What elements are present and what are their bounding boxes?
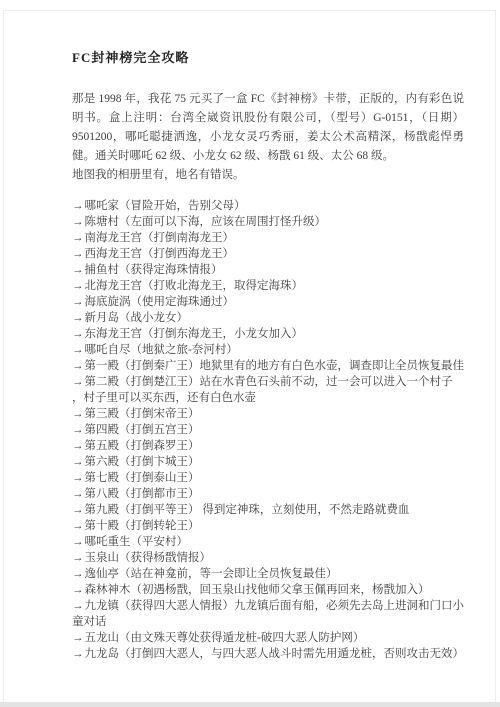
arrow-right-icon: → [72, 264, 85, 276]
walkthrough-step: →五龙山（由文殊天尊处获得遁龙桩-破四大恶人防护网） [72, 630, 464, 646]
note-paragraph: 地图我的相册里有，地名有错误。 [72, 166, 464, 185]
step-text: 第四殿（打倒五宫王） [85, 424, 200, 436]
step-text: 陈塘村（左面可以下海，应该在周围打怪升级） [85, 216, 327, 228]
bottom-edge-strip [0, 702, 500, 707]
arrow-right-icon: → [72, 584, 85, 596]
step-text: 第五殿（打倒森罗王） [85, 440, 200, 452]
step-text: 第十殿（打倒转轮王） [85, 520, 200, 532]
walkthrough-step: →哪吒家（冒险开始，告别父母） [72, 198, 464, 214]
arrow-right-icon: → [72, 376, 85, 388]
walkthrough-step: →逸仙亭（站在神龛前，等一会即让全员恢复最佳） [72, 566, 464, 582]
document-page: FC封神榜完全攻略 那是 1998 年，我花 75 元买了一盒 FC《封神榜》卡… [3, 10, 496, 707]
walkthrough-step: →西海龙王宫（打倒西海龙王） [72, 246, 464, 262]
walkthrough-step: →北海龙王宫（打败北海龙王，取得定海珠） [72, 278, 464, 294]
walkthrough-step: →哪吒重生（平安村） [72, 534, 464, 550]
arrow-right-icon: → [72, 344, 85, 356]
arrow-right-icon: → [72, 456, 85, 468]
step-text: 海底旋涡（使用定海珠通过） [85, 296, 235, 308]
walkthrough-step: →海底旋涡（使用定海珠通过） [72, 294, 464, 310]
arrow-right-icon: → [72, 408, 85, 420]
walkthrough-step: →第五殿（打倒森罗王） [72, 438, 464, 454]
walkthrough-step: →第七殿（打倒泰山王） [72, 470, 464, 486]
arrow-right-icon: → [72, 504, 85, 516]
walkthrough-step: →第十殿（打倒转轮王） [72, 518, 464, 534]
step-text: 哪吒自尽（地狱之旅-奈河村） [85, 344, 238, 356]
walkthrough-step: →第四殿（打倒五宫王） [72, 422, 464, 438]
arrow-right-icon: → [72, 216, 85, 228]
arrow-right-icon: → [72, 600, 85, 612]
document-content: FC封神榜完全攻略 那是 1998 年，我花 75 元买了一盒 FC《封神榜》卡… [72, 47, 464, 662]
step-text: 第七殿（打倒泰山王） [85, 472, 200, 484]
arrow-right-icon: → [72, 312, 85, 324]
arrow-right-icon: → [72, 536, 85, 548]
step-text: 第一殿（打倒秦广王）地狱里有的地方有白色水壶，调查即让全员恢复最佳 [85, 360, 465, 372]
walkthrough-step: →陈塘村（左面可以下海，应该在周围打怪升级） [72, 214, 464, 230]
step-text: 新月岛（战小龙女） [85, 312, 189, 324]
arrow-right-icon: → [72, 488, 85, 500]
arrow-right-icon: → [72, 440, 85, 452]
step-text: 北海龙王宫（打败北海龙王，取得定海珠） [85, 280, 304, 292]
arrow-right-icon: → [72, 552, 85, 564]
intro-paragraph: 那是 1998 年，我花 75 元买了一盒 FC《封神榜》卡带，正版的，内有彩色… [72, 90, 464, 166]
walkthrough-step: →第八殿（打倒都市王） [72, 486, 464, 502]
walkthrough-step: →玉泉山（获得杨戬情报） [72, 550, 464, 566]
walkthrough-step: →第九殿（打倒平等王） 得到定神珠，立刻使用，不然走路就费血 [72, 502, 464, 518]
step-text: 西海龙王宫（打倒西海龙王） [85, 248, 235, 260]
arrow-right-icon: → [72, 248, 85, 260]
walkthrough-step: →捕鱼村（获得定海珠情报） [72, 262, 464, 278]
walkthrough-list: →哪吒家（冒险开始，告别父母）→陈塘村（左面可以下海，应该在周围打怪升级）→南海… [72, 198, 464, 662]
arrow-right-icon: → [72, 328, 85, 340]
walkthrough-step: →第三殿（打倒宋帝王） [72, 406, 464, 422]
walkthrough-step: →第二殿（打倒楚江王）站在水青色石头前不动，过一会可以进入一个村子 ，村子里可以… [72, 374, 464, 406]
step-text: 南海龙王宫（打倒南海龙王） [85, 232, 235, 244]
walkthrough-step: →哪吒自尽（地狱之旅-奈河村） [72, 342, 464, 358]
arrow-right-icon: → [72, 568, 85, 580]
arrow-right-icon: → [72, 424, 85, 436]
arrow-right-icon: → [72, 520, 85, 532]
step-text: 玉泉山（获得杨戬情报） [85, 552, 212, 564]
arrow-right-icon: → [72, 232, 85, 244]
walkthrough-step: →九龙镇（获得四大恶人情报）九龙镇后面有船，必须先去岛上进洞和门口小童对话 [72, 598, 464, 630]
walkthrough-step: →第六殿（打倒卞城王） [72, 454, 464, 470]
step-text: 九龙岛（打倒四大恶人，与四大恶人战斗时需先用遁龙桩，否则攻击无效） [85, 648, 465, 660]
walkthrough-step: →森林神木（初遇杨戬，回玉泉山找他师父拿玉佩再回来，杨戬加入） [72, 582, 464, 598]
step-text: 哪吒重生（平安村） [85, 536, 189, 548]
step-text: 第九殿（打倒平等王） 得到定神珠，立刻使用，不然走路就费血 [85, 504, 410, 516]
arrow-right-icon: → [72, 360, 85, 372]
arrow-right-icon: → [72, 472, 85, 484]
arrow-right-icon: → [72, 200, 85, 212]
step-text: 森林神木（初遇杨戬，回玉泉山找他师父拿玉佩再回来，杨戬加入） [85, 584, 430, 596]
step-text: 第二殿（打倒楚江王）站在水青色石头前不动，过一会可以进入一个村子 ，村子里可以买… [72, 376, 453, 404]
step-text: 哪吒家（冒险开始，告别父母） [85, 200, 246, 212]
arrow-right-icon: → [72, 296, 85, 308]
step-text: 九龙镇（获得四大恶人情报）九龙镇后面有船，必须先去岛上进洞和门口小童对话 [72, 600, 464, 628]
walkthrough-step: →东海龙王宫（打倒东海龙王，小龙女加入） [72, 326, 464, 342]
step-text: 第三殿（打倒宋帝王） [85, 408, 200, 420]
walkthrough-step: →新月岛（战小龙女） [72, 310, 464, 326]
walkthrough-step: →九龙岛（打倒四大恶人，与四大恶人战斗时需先用遁龙桩，否则攻击无效） [72, 646, 464, 662]
arrow-right-icon: → [72, 280, 85, 292]
step-text: 第八殿（打倒都市王） [85, 488, 200, 500]
walkthrough-step: →第一殿（打倒秦广王）地狱里有的地方有白色水壶，调查即让全员恢复最佳 [72, 358, 464, 374]
step-text: 第六殿（打倒卞城王） [85, 456, 200, 468]
arrow-right-icon: → [72, 648, 85, 660]
step-text: 捕鱼村（获得定海珠情报） [85, 264, 223, 276]
step-text: 逸仙亭（站在神龛前，等一会即让全员恢复最佳） [85, 568, 338, 580]
step-text: 五龙山（由文殊天尊处获得遁龙桩-破四大恶人防护网） [85, 632, 365, 644]
step-text: 东海龙王宫（打倒东海龙王，小龙女加入） [85, 328, 304, 340]
arrow-right-icon: → [72, 632, 85, 644]
walkthrough-step: →南海龙王宫（打倒南海龙王） [72, 230, 464, 246]
page-title: FC封神榜完全攻略 [72, 47, 464, 66]
